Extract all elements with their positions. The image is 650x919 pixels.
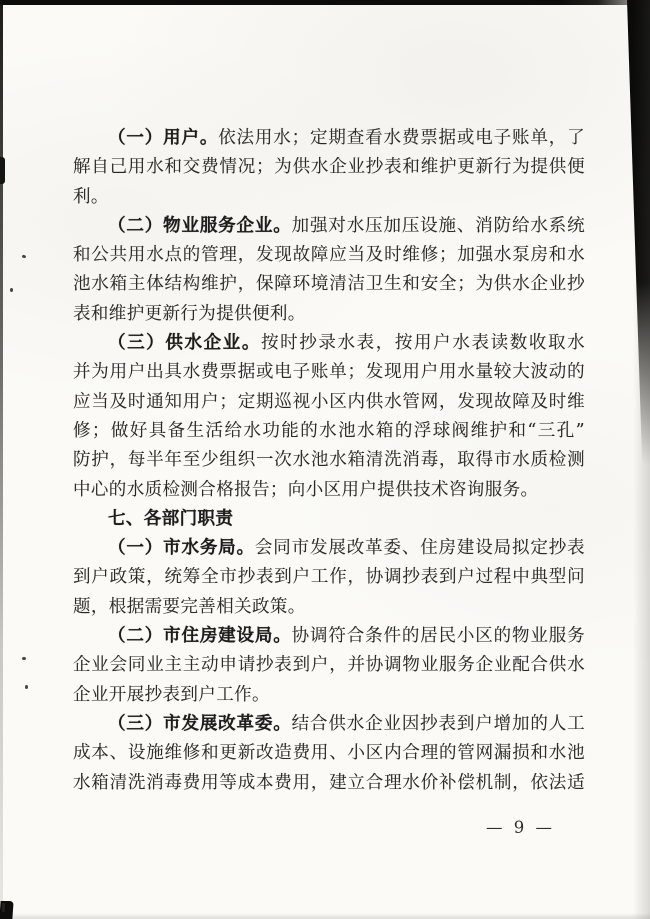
text-line: 题，根据需要完善相关政策。 xyxy=(73,593,585,622)
bold-lead: （三）市发展改革委。 xyxy=(108,714,292,734)
text-line: 到户政策，统筹全市抄表到户工作，协调抄表到户过程中典型问 xyxy=(73,563,585,592)
page-number: — 9 — xyxy=(486,818,555,837)
ink-speck xyxy=(10,288,13,292)
text-line: 防护，每半年至少组织一次水池水箱清洗消毒，取得市水质检测 xyxy=(73,446,585,475)
scanned-page: （一）用户。依法用水；定期查看水费票据或电子账单，了解自己用水和交费情况；为供水… xyxy=(0,0,650,919)
text-line: （一）市水务局。会同市发展改革委、住房建设局拟定抄表 xyxy=(73,534,585,563)
document-body: （一）用户。依法用水；定期查看水费票据或电子账单，了解自己用水和交费情况；为供水… xyxy=(73,124,585,798)
paragraph: （二）市住房建设局。协调符合条件的居民小区的物业服务企业会同业主主动申请抄表到户… xyxy=(73,622,585,710)
bold-lead: （一）市水务局。 xyxy=(108,538,255,558)
bold-lead: 七、各部门职责 xyxy=(108,509,233,529)
text-line: （二）物业服务企业。加强对水压加压设施、消防给水系统 xyxy=(73,212,585,241)
text-line: 应当及时通知用户；定期巡视小区内供水管网，发现故障及时维 xyxy=(73,388,585,417)
ink-speck xyxy=(22,254,27,258)
text-line: 七、各部门职责 xyxy=(73,505,585,534)
text-line: 解自己用水和交费情况；为供水企业抄表和维护更新行为提供便 xyxy=(73,153,585,182)
text-line: （三）市发展改革委。结合供水企业因抄表到户增加的人工 xyxy=(73,710,585,739)
section-heading: 七、各部门职责 xyxy=(73,505,585,534)
paragraph: （三）供水企业。按时抄录水表，按用户水表读数收取水费，并为用户出具水费票据或电子… xyxy=(73,329,585,505)
text-line: （三）供水企业。按时抄录水表，按用户水表读数收取水费， xyxy=(73,329,585,358)
scan-shadow-right xyxy=(633,0,650,919)
ink-speck xyxy=(25,685,28,689)
paragraph: （一）用户。依法用水；定期查看水费票据或电子账单，了解自己用水和交费情况；为供水… xyxy=(73,124,585,212)
text-line: （二）市住房建设局。协调符合条件的居民小区的物业服务 xyxy=(73,622,585,651)
ink-speck xyxy=(22,657,26,660)
bold-lead: （三）供水企业。 xyxy=(108,333,261,353)
text-line: （一）用户。依法用水；定期查看水费票据或电子账单，了 xyxy=(73,124,585,153)
bold-lead: （二）物业服务企业。 xyxy=(108,216,292,236)
text-line: 表和维护更新行为提供便利。 xyxy=(73,300,585,329)
text-line: 修；做好具备生活给水功能的水池水箱的浮球阀维护和“三孔” xyxy=(73,417,585,446)
scan-edge-left xyxy=(0,0,3,919)
text-line: 池水箱主体结构维护，保障环境清洁卫生和安全；为供水企业抄 xyxy=(73,270,585,299)
scan-edge-top xyxy=(0,0,650,5)
text-line: 中心的水质检测合格报告；向小区用户提供技术咨询服务。 xyxy=(73,476,585,505)
text-line: 企业开展抄表到户工作。 xyxy=(73,681,585,710)
text-line: 企业会同业主主动申请抄表到户，并协调物业服务企业配合供水 xyxy=(73,651,585,680)
paragraph: （一）市水务局。会同市发展改革委、住房建设局拟定抄表到户政策，统筹全市抄表到户工… xyxy=(73,534,585,622)
paragraph: （三）市发展改革委。结合供水企业因抄表到户增加的人工成本、设施维修和更新改造费用… xyxy=(73,710,585,798)
text-line: 水箱清洗消毒费用等成本费用，建立合理水价补偿机制，依法适 xyxy=(73,769,585,798)
bold-lead: （一）用户。 xyxy=(108,128,218,148)
scan-shadow-bottom xyxy=(0,913,650,919)
text-line: 并为用户出具水费票据或电子账单；发现用户用水量较大波动的 xyxy=(73,358,585,387)
text-line: 和公共用水点的管理，发现故障应当及时维修；加强水泵房和水 xyxy=(73,241,585,270)
paragraph: （二）物业服务企业。加强对水压加压设施、消防给水系统和公共用水点的管理，发现故障… xyxy=(73,212,585,329)
scan-edge-left-blob xyxy=(0,157,5,184)
bold-lead: （二）市住房建设局。 xyxy=(108,626,292,646)
text-line: 利。 xyxy=(73,183,585,212)
text-line: 成本、设施维修和更新改造费用、小区内合理的管网漏损和水池 xyxy=(73,739,585,768)
ink-speck xyxy=(2,903,5,912)
